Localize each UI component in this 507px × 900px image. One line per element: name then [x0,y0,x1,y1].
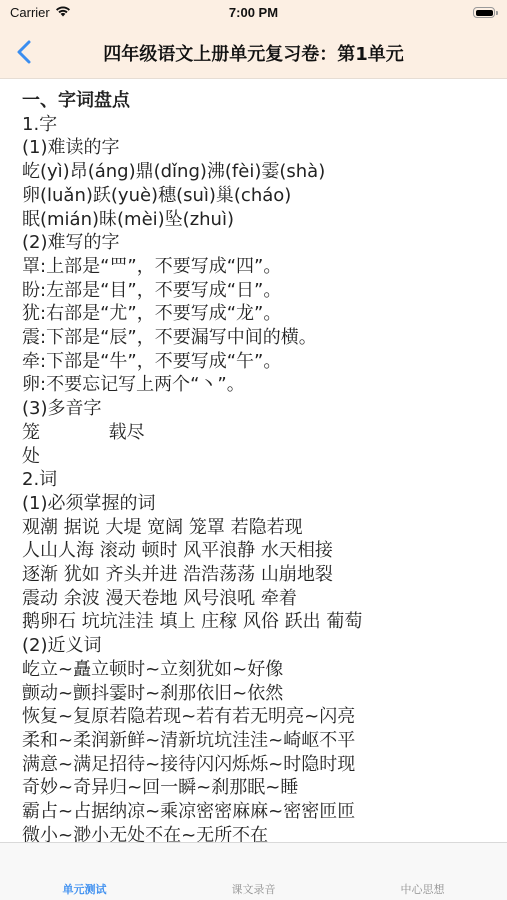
text-line: 笼 载尽 [22,421,507,445]
text-line: 卵:不要忘记写上两个“丶”。 [22,373,507,397]
text-line: 罩:上部是“罒”，不要写成“四”。 [22,255,507,279]
chevron-left-icon [12,53,40,72]
text-line: 鹅卵石 坑坑洼洼 填上 庄稼 风俗 跃出 葡萄 [22,610,507,634]
text-line: 观潮 据说 大堤 宽阔 笼罩 若隐若现 [22,516,507,540]
text-line: (2)近义词 [22,634,507,658]
section-heading: 一、字词盘点 [22,89,507,113]
tab-unit-test[interactable]: 单元测试 [0,843,169,900]
navigation-bar: 四年级语文上册单元复习卷：第1单元 [0,30,507,74]
document-content[interactable]: 一、字词盘点1.字(1)难读的字屹(yì)昂(áng)鼎(dǐng)沸(fèi)… [0,79,507,842]
text-line: (1)难读的字 [22,136,507,160]
text-line: 犹:右部是“尤”，不要写成“龙”。 [22,302,507,326]
status-time: 7:00 PM [0,5,507,20]
tab-central-idea[interactable]: 中心思想 [338,843,507,900]
text-line: 微小~渺小无处不在~无所不在 [22,824,507,842]
tab-text-audio[interactable]: 课文录音 [169,843,338,900]
text-line: 颤动~颤抖霎时~刹那依旧~依然 [22,682,507,706]
text-line: 恢复~复原若隐若现~若有若无明亮~闪亮 [22,705,507,729]
text-line: 1.字 [22,113,507,137]
tab-label: 单元测试 [0,881,169,897]
header-area: Carrier 7:00 PM 四年级语文上册单元复习卷：第1单元 [0,0,507,79]
text-line: 奇妙~奇异归~回一瞬~刹那眠~睡 [22,776,507,800]
text-line: 处 [22,445,507,469]
status-bar: Carrier 7:00 PM [0,0,507,28]
text-line: 屹立~矗立顿时~立刻犹如~好像 [22,658,507,682]
document-text: 一、字词盘点1.字(1)难读的字屹(yì)昂(áng)鼎(dǐng)沸(fèi)… [0,79,507,842]
text-line: (2)难写的字 [22,231,507,255]
text-line: 屹(yì)昂(áng)鼎(dǐng)沸(fèi)霎(shà) [22,160,507,184]
text-line: 人山人海 滚动 顿时 风平浪静 水天相接 [22,539,507,563]
text-line: 2.词 [22,468,507,492]
text-line: 满意~满足招待~接待闪闪烁烁~时隐时现 [22,753,507,777]
tab-bar: 单元测试课文录音中心思想 [0,842,507,900]
tab-label: 课文录音 [169,881,338,897]
text-line: 眠(mián)昧(mèi)坠(zhuì) [22,208,507,232]
text-line: 卵(luǎn)跃(yuè)穗(suì)巢(cháo) [22,184,507,208]
text-line: (1)必须掌握的词 [22,492,507,516]
page-title: 四年级语文上册单元复习卷：第1单元 [40,40,507,66]
text-line: 盼:左部是“目”，不要写成“日”。 [22,279,507,303]
text-line: 逐渐 犹如 齐头并进 浩浩荡荡 山崩地裂 [22,563,507,587]
text-line: 霸占~占据纳凉~乘凉密密麻麻~密密匝匝 [22,800,507,824]
tab-label: 中心思想 [338,881,507,897]
text-line: 牵:下部是“牛”，不要写成“午”。 [22,350,507,374]
text-line: (3)多音字 [22,397,507,421]
text-line: 震:下部是“辰”，不要漏写中间的横。 [22,326,507,350]
back-button[interactable] [12,36,40,68]
battery-icon [473,7,499,18]
text-line: 柔和~柔润新鲜~清新坑坑洼洼~崎岖不平 [22,729,507,753]
text-line: 震动 余波 漫天卷地 风号浪吼 牵着 [22,587,507,611]
